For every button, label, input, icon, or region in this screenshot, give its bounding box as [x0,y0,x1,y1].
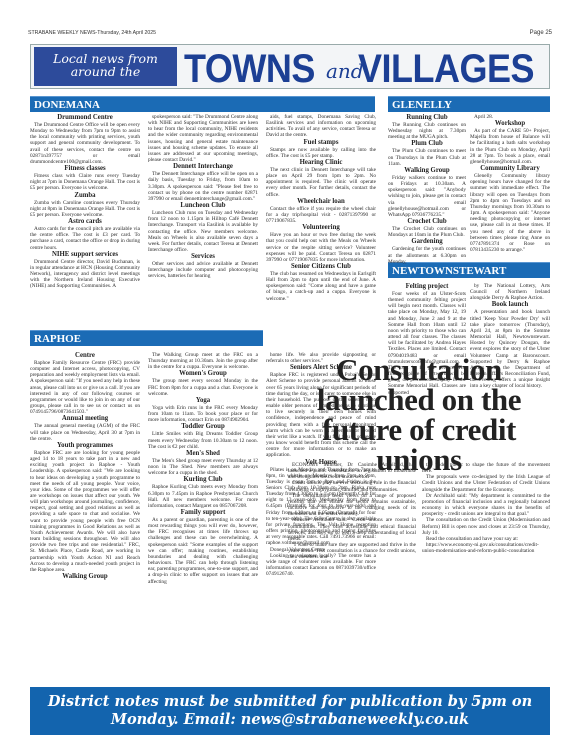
footer-line2: Monday. Email: news@strabaneweekly.co.uk [30,711,550,729]
donemana-column-1: Drummond CentreThe Drummond Centre Offic… [30,114,140,289]
paragraph: Gardening for the youth continues at the… [388,246,466,264]
article-column-2: the wider public to shape the future of … [422,462,550,554]
paragraph: The group meet every second Monday in th… [148,378,258,396]
article-paragraph: https://www.economy-ni.gov.uk/consultati… [422,542,550,554]
paragraph: The club has resumed on Wednesdays in Ea… [266,271,376,302]
article-paragraph: ECONOMY Minister, Dr Caoimhe Archibald, … [288,462,416,480]
donemana-column-3: aids, fuel stamps, Donemana Saving Club,… [266,114,376,302]
paragraph: The Dennett Interchange office will be o… [148,171,258,202]
subheading: Community Library [470,165,550,173]
subheading: Fitness classes [30,165,140,173]
subheading: Youth programmes [30,442,140,450]
subheading: Men's Shed [148,450,258,458]
subheading: Family support [148,509,258,517]
subheading: Luncheon Club [148,202,258,210]
paragraph: Zumba with Caroline continues every Thur… [30,200,140,218]
glenelly-column-2: April 28.WorkshopAs part of the CARE 50+… [470,114,550,253]
subheading: Toddler Group [148,423,258,431]
masthead-towns: TOWNS [184,47,315,91]
subheading: Crochet Club [388,218,466,226]
paragraph: Fitness class with Claire runs every Tue… [30,173,140,191]
paragraph: Friday walkers continue to meet on Frida… [388,175,466,218]
paragraph: aids, fuel stamps, Donemana Saving Club,… [266,114,376,139]
paragraph: The Walking Group meet at the FRC on a T… [148,352,258,370]
subheading: Services [148,253,258,261]
section-header-raphoe: RAPHOE [30,330,263,346]
paragraph: Glenelly Community library opening hours… [470,173,550,253]
masthead-banner: Local news from around the TOWNS and VIL… [30,44,550,89]
article-paragraph: The proposals were co-designed by the Ir… [422,474,550,492]
paragraph: As part of the CARE 50+ Project, Majella… [470,128,550,165]
paragraph: The Men's Shed group meet every Thursday… [148,458,258,476]
subheading: Workshop [470,120,550,128]
subheading: Centre [30,352,140,360]
subheading: Running Club [388,114,466,122]
subheading: NIHE support services [30,251,140,259]
subheading: Wheelchair loan [266,198,376,206]
paragraph: Contact the office if you require the wh… [266,206,376,224]
article-headline: Consultation launched on the future of c… [288,355,550,475]
article-paragraph: The consultation on the Credit Union (Mo… [422,517,550,535]
subheading: Walking Group [388,167,466,175]
subheading: Women's Group [148,370,258,378]
paragraph: Raphoe Kurling Club meets every Monday f… [148,484,258,509]
paragraph: Stamps are now available by calling into… [266,147,376,159]
paragraph: spokesperson said: "The Drummond Centre … [148,114,258,163]
subheading: Astro cards [30,218,140,226]
section-header-glenelly: GLENELLY [388,96,550,112]
paragraph: The Plum Club continues to meet on Thurs… [388,148,466,166]
paragraph: Drummond Centre director, David Buchanan… [30,259,140,290]
article-paragraph: The consultation seeks views on a range … [288,493,416,518]
page-header: STRABANE WEEKLY NEWS-Thursday, 24th Apri… [28,30,552,40]
paragraph: The annual general meeting (AGM) of the … [30,423,140,441]
subheading: Zumba [30,192,140,200]
paragraph: by The National Lottery, Arts Council of… [470,283,550,301]
paragraph: Have you an hour or two free during the … [266,232,376,263]
article-column-1: ECONOMY Minister, Dr Caoimhe Archibald, … [288,462,416,561]
raphoe-column-1: CentreRaphoe Family Resource Centre (FRC… [30,352,140,581]
article-paragraph: "I want to make sure they are supported … [288,542,416,560]
paragraph: Astro cards for the council pitch are av… [30,226,140,251]
footer-line1: District notes must be submitted for pub… [30,693,550,711]
paragraph: The Running Club continues on Wednesday … [388,122,466,140]
paragraph: Raphoe FRC are are looking for young peo… [30,450,140,573]
paragraph: The next clinic in Dennett Interchange w… [266,167,376,198]
article-paragraph: Dr Archibald said: "My department is com… [422,493,550,518]
paragraph: The Drummond Centre Office will be open … [30,122,140,165]
subheading: Plum Club [388,140,466,148]
masthead-villages: VILLAGES [358,47,534,91]
subheading: Yoga [148,397,258,405]
paragraph: Yoga with Erin runs in the FRC every Mon… [148,405,258,423]
paragraph: As a parent or guardian, parenting is on… [148,517,258,585]
paragraph: Other services and advice available at D… [148,261,258,279]
publication-dateline: STRABANE WEEKLY NEWS-Thursday, 24th Apri… [28,30,156,36]
subheading: Felting project [388,283,466,291]
subheading: Fuel stamps [266,139,376,147]
article-paragraph: the wider public to shape the future of … [422,462,550,474]
subheading: Book launch [470,301,550,309]
subheading: Senior Citizens Club [266,263,376,271]
glenelly-column-1: Running ClubThe Running Club continues o… [388,114,466,265]
section-header-donemana: DONEMANA [30,96,375,112]
article-paragraph: Credit unions play an ever increasing ro… [288,480,416,492]
subheading: Drummond Centre [30,114,140,122]
article-paragraph: Minister Archibald said: "Credit unions … [288,517,416,542]
subheading: Walking Group [30,573,140,581]
subheading: Hearing Clinic [266,159,376,167]
masthead-intro-box: Local news from around the [34,47,177,86]
raphoe-column-2: The Walking Group meet at the FRC on a T… [148,352,258,585]
paragraph: The Crochet Club continues on Mondays at… [388,226,466,238]
paragraph: Raphoe Family Resource Centre (FRC) prov… [30,360,140,415]
paragraph: Little Smiles with Big Dreams Toddler Gr… [148,431,258,449]
page-number: Page 25 [530,30,552,36]
paragraph: Luncheon Club runs on Tuesday and Wednes… [148,210,258,253]
masthead-line2: around the [34,65,177,78]
donemana-column-2: spokesperson said: "The Drummond Centre … [148,114,258,280]
submission-notice-banner: District notes must be submitted for pub… [30,687,550,735]
subheading: Volunteering [266,224,376,232]
